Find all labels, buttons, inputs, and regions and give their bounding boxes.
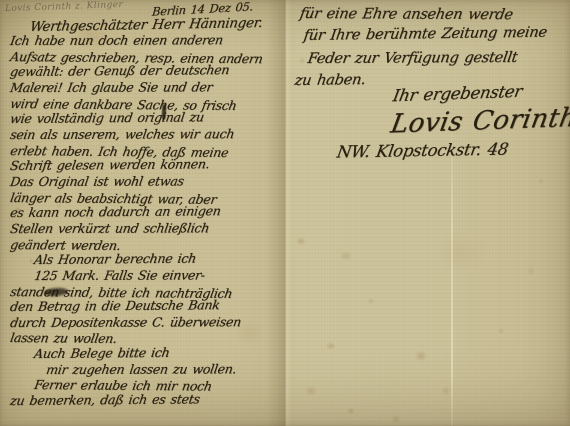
handwriting-line: wie vollständig und original zu [9,109,282,127]
handwriting-line: Das Original ist wohl etwas [9,173,282,190]
handwriting-line: den Betrag in die Deutsche Bank [9,297,282,315]
letter-body-left: Ich habe nun doch einen anderenAufsatz g… [9,33,279,409]
handwriting-line: Ich habe nun doch einen anderen [9,32,282,49]
handwriting-line: Stellen verkürzt und schließlich [9,220,282,237]
handwriting-line: sein als unserem, welches wir auch [9,126,282,143]
handwriting-line: zu bemerken, daß ich es stets [9,391,282,409]
handwriting-line: Schrift gelesen werden können. [9,156,282,174]
handwriting-line: Auch Belege bitte ich [33,344,282,362]
handwriting-line: gewählt: der Genuß der deutschen [9,62,282,80]
letter-page-right: für eine Ehre ansehen werdefür Ihre berü… [283,0,570,426]
handwriting-line: für Ihre berühmte Zeitung meine [302,22,548,48]
signature: Lovis Corinth. [388,103,570,140]
handwriting-line: mir zugehen lassen zu wollen. [45,361,282,377]
handwriting-line: Malerei! Ich glaube Sie und der [9,79,282,96]
letter-photograph: Lovis Corinth z. Klinger Berlin 14 Dez 0… [0,0,570,426]
letter-body-right: für eine Ehre ansehen werdefür Ihre berü… [293,3,545,93]
pencil-annotation: Lovis Corinth z. Klinger [5,0,123,14]
handwriting-line: Als Honorar berechne ich [33,250,282,268]
handwriting-line: durch Depositenkasse C. überweisen [9,314,282,331]
closing-formula: Ihr ergebenster [391,82,523,106]
handwriting-line: 125 Mark. Falls Sie einver- [33,267,282,284]
letter-page-left: Lovis Corinth z. Klinger Berlin 14 Dez 0… [0,0,283,426]
address-line: NW. Klopstockstr. 48 [336,139,510,161]
handwriting-line: es kann noch dadurch an einigen [9,203,282,221]
